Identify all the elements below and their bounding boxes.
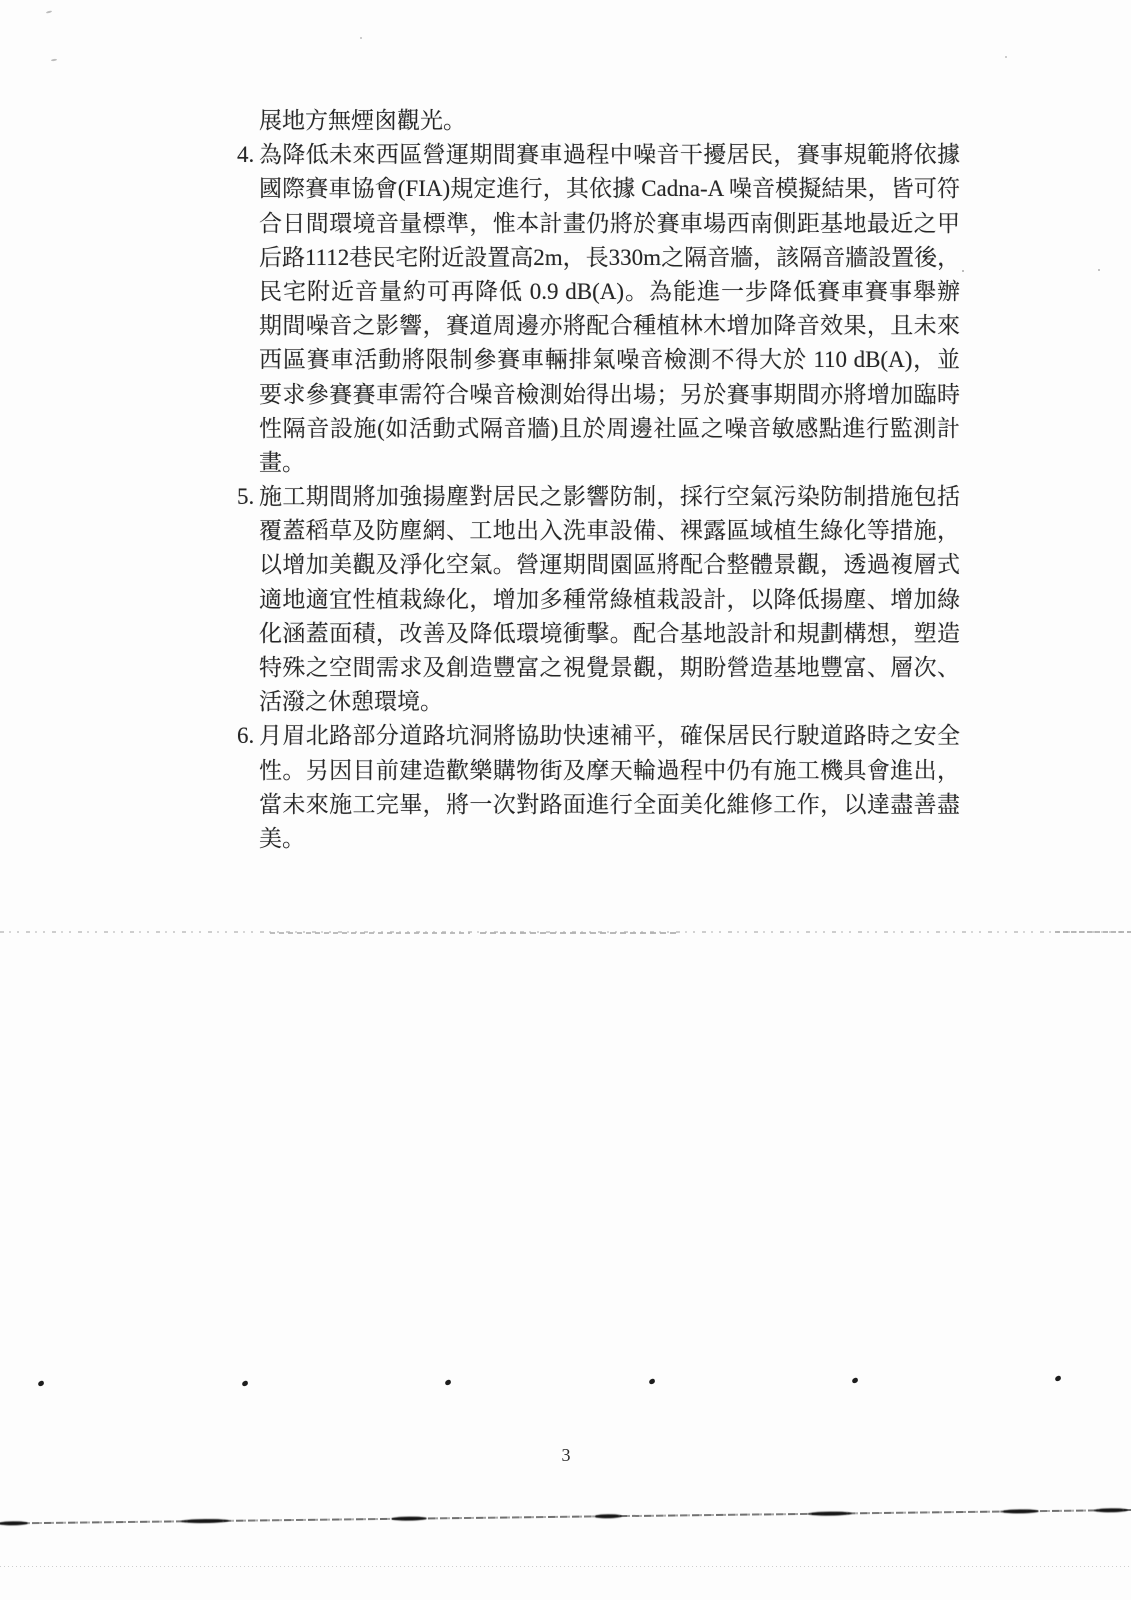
scan-speck xyxy=(46,10,52,13)
text-line: 畫。 xyxy=(259,446,960,480)
item-text: 月眉北路部分道路坑洞將協助快速補平，確保居民行駛道路時之安全 性。另因目前建造歡… xyxy=(259,719,960,856)
scan-fold-line-blob xyxy=(181,1519,229,1524)
scan-fold-line-blob xyxy=(391,1516,427,1520)
fold-dot xyxy=(444,1379,451,1386)
text-line: 化涵蓋面積，改善及降低環境衝擊。配合基地設計和規劃構想，塑造 xyxy=(259,617,960,651)
text-line: 以增加美觀及淨化空氣。營運期間園區將配合整體景觀，透過複層式 xyxy=(259,548,960,582)
text-line: 西區賽車活動將限制參賽車輛排氣噪音檢測不得大於 110 dB(A)，並 xyxy=(259,343,960,377)
text-line: 美。 xyxy=(259,822,960,856)
text-line: 性。另因目前建造歡樂購物街及摩天輪過程中仍有施工機具會進出， xyxy=(259,754,960,788)
fold-dot xyxy=(648,1378,655,1385)
item-text: 為降低未來西區營運期間賽車過程中噪音干擾居民，賽事規範將依據 國際賽車協會(FI… xyxy=(259,138,960,480)
text-line: 為降低未來西區營運期間賽車過程中噪音干擾居民，賽事規範將依據 xyxy=(259,138,960,172)
scan-fold-line-blob xyxy=(594,1514,622,1518)
scan-speck xyxy=(1098,269,1100,271)
fold-dot xyxy=(241,1380,248,1387)
item-text: 施工期間將加強揚塵對居民之影響防制，採行空氣污染防制措施包括 覆蓋稻草及防塵網、… xyxy=(259,480,960,719)
text-line: 施工期間將加強揚塵對居民之影響防制，採行空氣污染防制措施包括 xyxy=(259,480,960,514)
text-line: 特殊之空間需求及創造豐富之視覺景觀，期盼營造基地豐富、層次、 xyxy=(259,651,960,685)
text-line: 覆蓋稻草及防塵網、工地出入洗車設備、裸露區域植生綠化等措施， xyxy=(259,514,960,548)
paragraph-continuation: 展地方無煙囪觀光。 xyxy=(237,104,960,138)
scan-speck xyxy=(51,59,57,62)
list-item-4: 4. 為降低未來西區營運期間賽車過程中噪音干擾居民，賽事規範將依據 國際賽車協會… xyxy=(237,138,960,480)
scan-noise-line xyxy=(480,932,680,934)
text-line: 期間噪音之影響，賽道周邊亦將配合種植林木增加降音效果，且未來 xyxy=(259,309,960,343)
scan-speck xyxy=(1005,56,1007,58)
scan-noise-line xyxy=(270,932,470,934)
text-line: 性隔音設施(如活動式隔音牆)且於周邊社區之噪音敏感點進行監測計 xyxy=(259,412,960,446)
text-line: 當未來施工完畢，將一次對路面進行全面美化維修工作，以達盡善盡 xyxy=(259,788,960,822)
fold-dot xyxy=(1054,1375,1061,1382)
scan-fold-line-base xyxy=(0,1509,1131,1525)
scan-noise-line xyxy=(0,931,1131,933)
page-number: 3 xyxy=(549,1444,583,1466)
fold-dot xyxy=(851,1377,858,1384)
scan-dotted-line xyxy=(0,1566,1131,1567)
fold-dot xyxy=(37,1380,44,1387)
scan-noise-line xyxy=(1055,931,1131,933)
scan-fold-line-blob xyxy=(0,1521,28,1525)
item-number: 5. xyxy=(237,480,259,514)
text-line: 適地適宜性植栽綠化，增加多種常綠植栽設計，以降低揚塵、增加綠 xyxy=(259,583,960,617)
list-item-6: 6. 月眉北路部分道路坑洞將協助快速補平，確保居民行駛道路時之安全 性。另因目前… xyxy=(237,719,960,856)
scanned-document-page: 展地方無煙囪觀光。 4. 為降低未來西區營運期間賽車過程中噪音干擾居民，賽事規範… xyxy=(0,0,1131,1600)
item-number: 6. xyxy=(237,719,259,753)
scan-fold-line-blob xyxy=(1094,1508,1128,1512)
scan-fold-line xyxy=(0,1506,1131,1527)
document-body: 展地方無煙囪觀光。 4. 為降低未來西區營運期間賽車過程中噪音干擾居民，賽事規範… xyxy=(237,104,960,856)
text-line: 活潑之休憩環境。 xyxy=(259,685,960,719)
text-line: 后路1112巷民宅附近設置高2m，長330m之隔音牆，該隔音牆設置後， xyxy=(259,241,960,275)
text-line: 民宅附近音量約可再降低 0.9 dB(A)。為能進一步降低賽車賽事舉辦 xyxy=(259,275,960,309)
scan-speck xyxy=(360,37,362,39)
scan-fold-line-blob xyxy=(808,1511,852,1516)
scan-fold-line-blob xyxy=(1001,1509,1039,1513)
text-line: 要求參賽賽車需符合噪音檢測始得出場；另於賽事期間亦將增加臨時 xyxy=(259,378,960,412)
text-line: 合日間環境音量標準，惟本計畫仍將於賽車場西南側距基地最近之甲 xyxy=(259,207,960,241)
item-number: 4. xyxy=(237,138,259,172)
text-line: 月眉北路部分道路坑洞將協助快速補平，確保居民行駛道路時之安全 xyxy=(259,719,960,753)
scan-speck xyxy=(962,270,964,272)
list-item-5: 5. 施工期間將加強揚塵對居民之影響防制，採行空氣污染防制措施包括 覆蓋稻草及防… xyxy=(237,480,960,719)
text-line: 國際賽車協會(FIA)規定進行，其依據 Cadna-A 噪音模擬結果，皆可符 xyxy=(259,172,960,206)
